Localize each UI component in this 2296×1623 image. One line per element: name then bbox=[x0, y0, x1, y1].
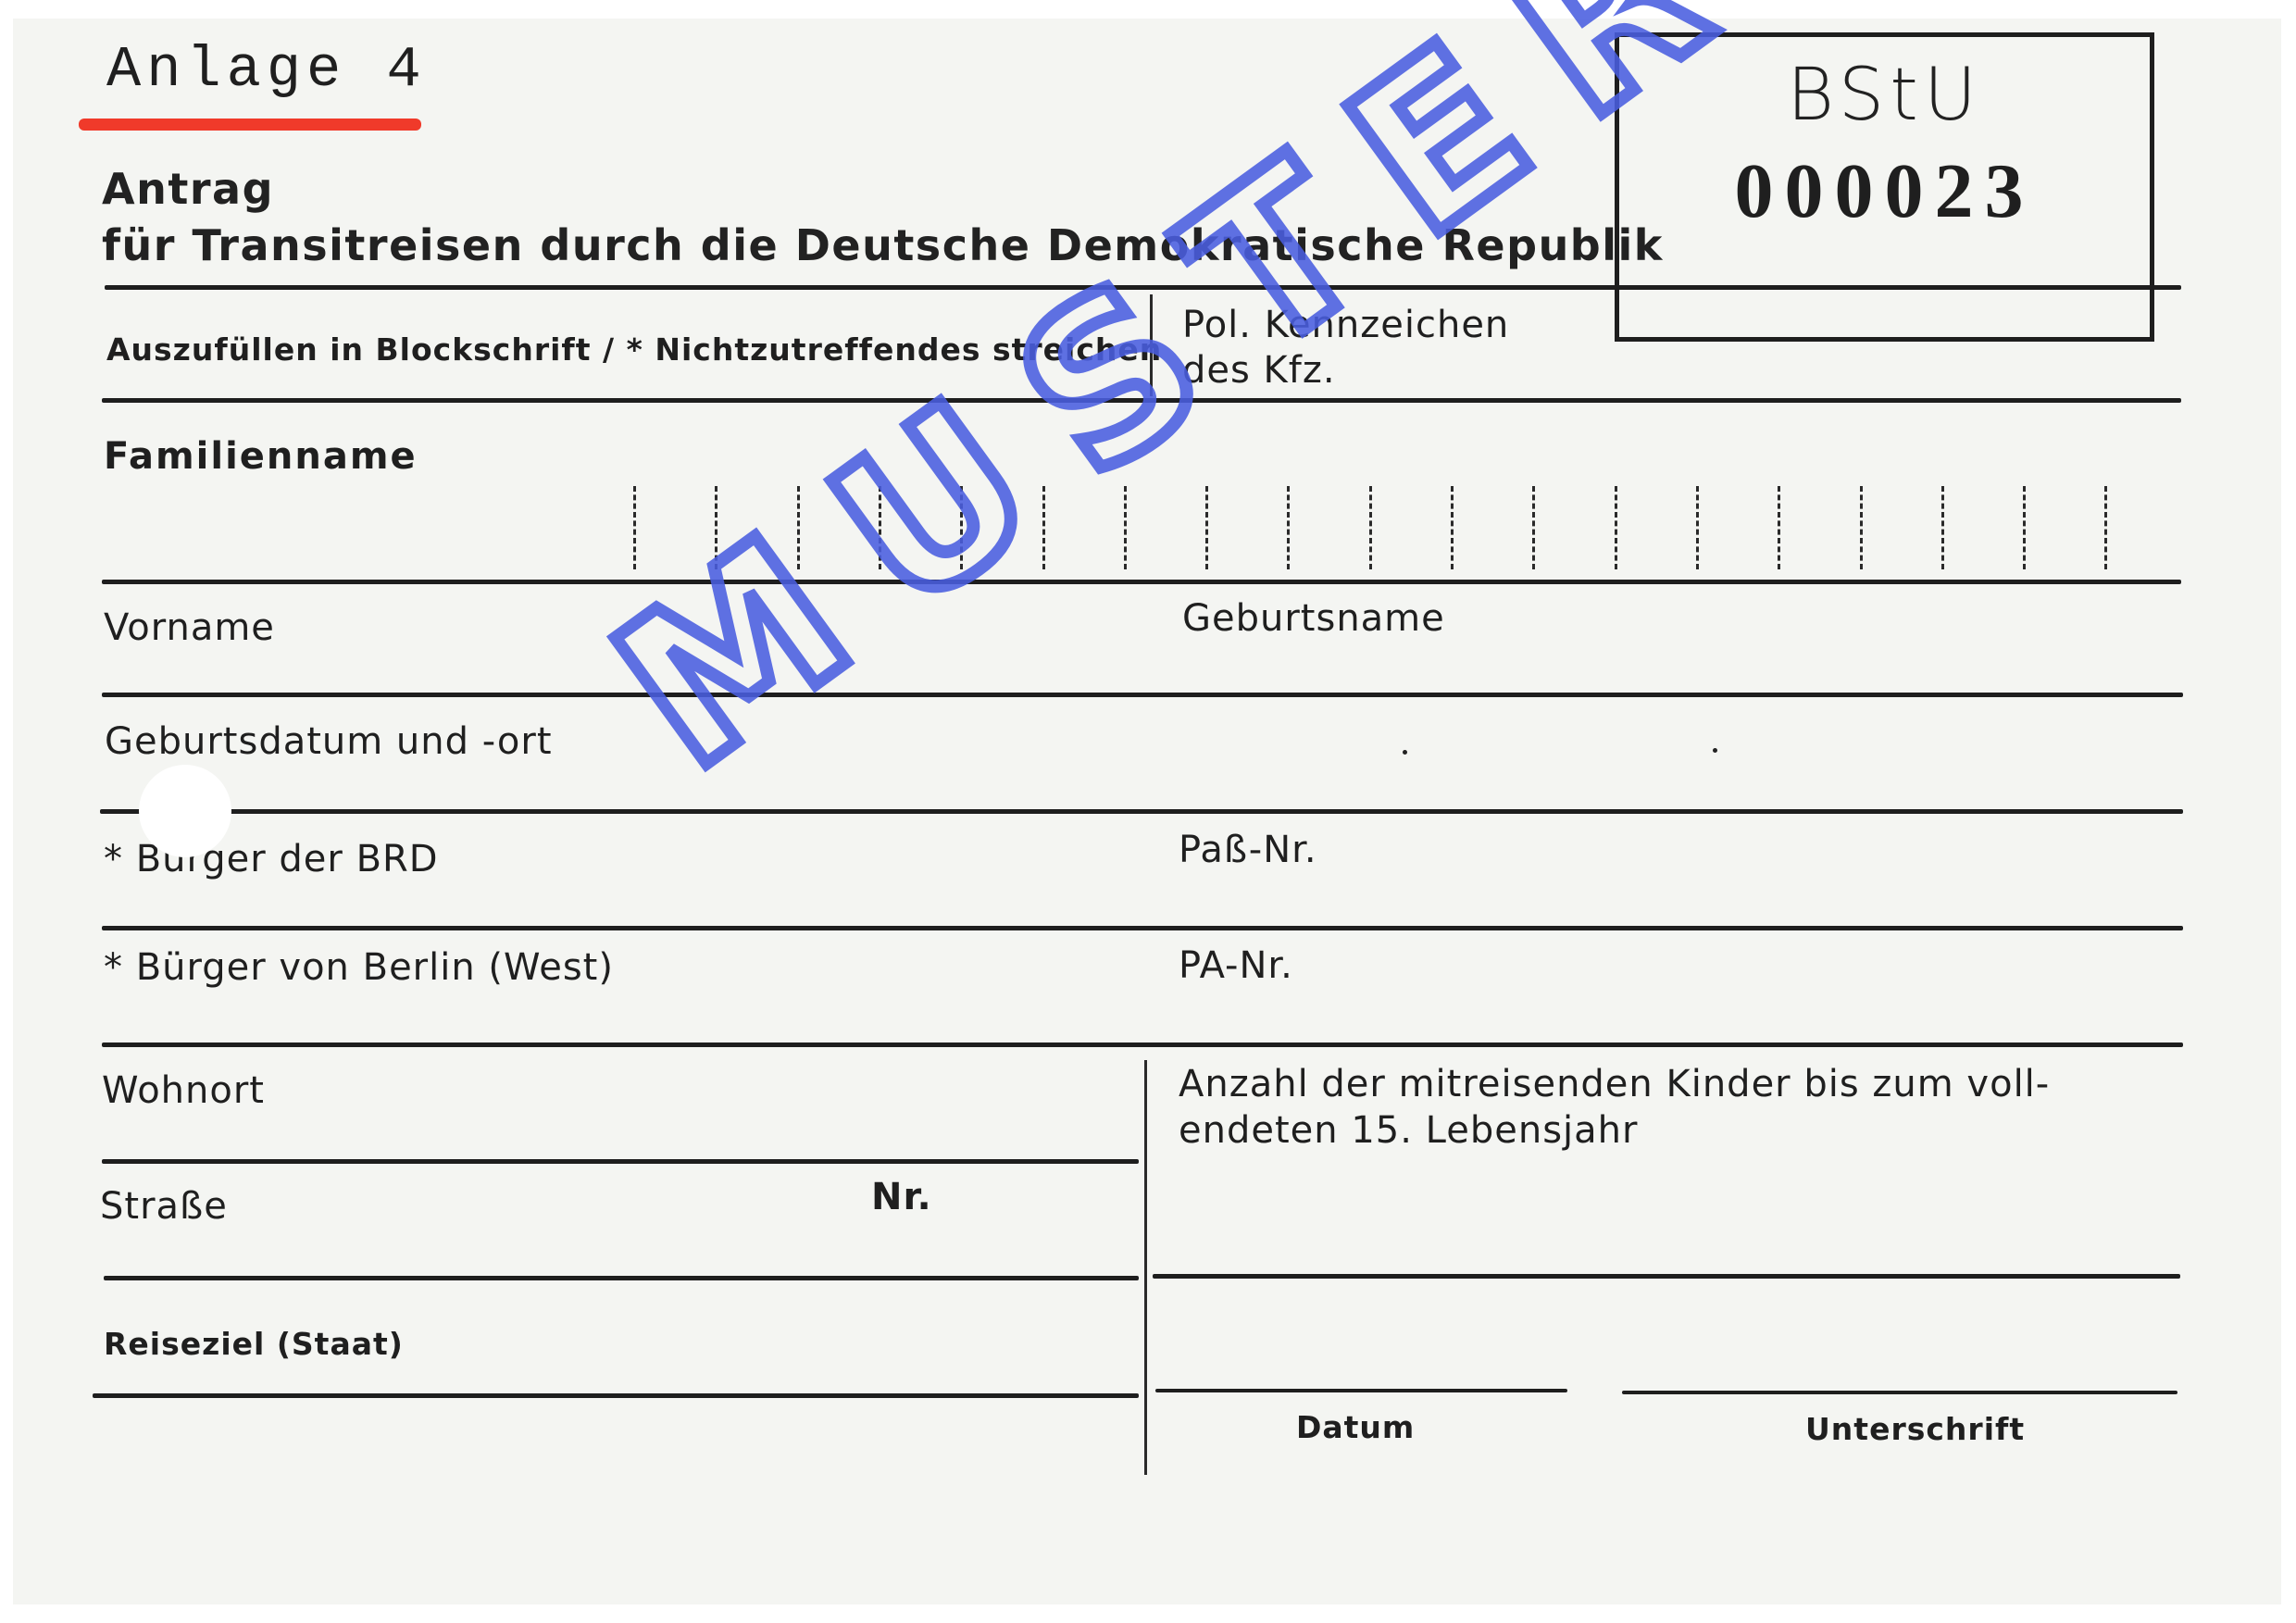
stamp-number: 000023 bbox=[1619, 146, 2150, 236]
character-box-divider bbox=[1451, 486, 1456, 569]
rule bbox=[102, 693, 2183, 697]
first-name-label: Vorname bbox=[104, 606, 275, 649]
street-label: Straße bbox=[100, 1185, 228, 1228]
license-plate-field[interactable] bbox=[1481, 344, 2148, 398]
character-box-divider bbox=[1369, 486, 1375, 569]
street-field[interactable] bbox=[100, 1227, 859, 1273]
red-underline bbox=[79, 119, 421, 131]
residence-label: Wohnort bbox=[102, 1069, 265, 1112]
ink-speck bbox=[1713, 748, 1717, 753]
character-box-divider bbox=[1532, 486, 1538, 569]
children-count-label-line2: endeten 15. Lebensjahr bbox=[1179, 1109, 1638, 1152]
character-box-divider bbox=[1696, 486, 1702, 569]
rule bbox=[102, 1159, 1139, 1164]
children-count-field[interactable] bbox=[1179, 1167, 2178, 1273]
date-label: Datum bbox=[1296, 1409, 1415, 1445]
character-box-divider bbox=[633, 486, 639, 569]
citizen-berlin-west-option[interactable]: * Bürger von Berlin (West) bbox=[104, 946, 614, 989]
character-box-divider bbox=[1287, 486, 1292, 569]
house-number-field[interactable] bbox=[871, 1227, 1130, 1273]
signature-line bbox=[1622, 1391, 2177, 1394]
house-number-label: Nr. bbox=[871, 1176, 932, 1218]
rule bbox=[93, 1393, 1139, 1398]
destination-field[interactable] bbox=[104, 1296, 1131, 1389]
signature-label: Unterschrift bbox=[1805, 1411, 2025, 1447]
children-count-label-line1: Anzahl der mitreisenden Kinder bis zum v… bbox=[1179, 1063, 2050, 1105]
birth-date-place-label: Geburtsdatum und -ort bbox=[105, 720, 553, 763]
rule bbox=[102, 1042, 2183, 1047]
birth-date-place-field[interactable] bbox=[105, 764, 2178, 805]
family-name-label: Familienname bbox=[104, 435, 418, 478]
annex-label: Anlage 4 bbox=[106, 37, 427, 103]
residence-field[interactable] bbox=[102, 1111, 1129, 1157]
character-box-divider bbox=[1778, 486, 1783, 569]
birth-name-field[interactable] bbox=[1182, 648, 2173, 690]
rule bbox=[100, 809, 2183, 814]
birth-name-label: Geburtsname bbox=[1182, 597, 1445, 640]
date-field[interactable] bbox=[1155, 1296, 1567, 1387]
date-line bbox=[1155, 1389, 1567, 1392]
character-box-divider bbox=[1860, 486, 1865, 569]
character-box-divider bbox=[2023, 486, 2028, 569]
ink-speck bbox=[1403, 750, 1407, 755]
punch-hole bbox=[139, 765, 231, 857]
character-box-divider bbox=[1205, 486, 1211, 569]
form-title-line1: Antrag bbox=[102, 164, 274, 214]
character-box-divider bbox=[2104, 486, 2110, 569]
rule bbox=[102, 580, 2181, 584]
passport-number-label: Paß-Nr. bbox=[1179, 829, 1317, 871]
divider bbox=[1144, 1060, 1147, 1475]
rule bbox=[104, 1276, 1139, 1280]
id-card-number-label: PA-Nr. bbox=[1179, 944, 1293, 987]
rule bbox=[102, 926, 2183, 930]
signature-field[interactable] bbox=[1622, 1296, 2177, 1387]
character-box-divider bbox=[1615, 486, 1620, 569]
character-box-divider bbox=[1941, 486, 1947, 569]
rule bbox=[1153, 1274, 2180, 1279]
id-card-number-field[interactable] bbox=[1342, 944, 2176, 1037]
passport-number-field[interactable] bbox=[1342, 829, 2176, 921]
